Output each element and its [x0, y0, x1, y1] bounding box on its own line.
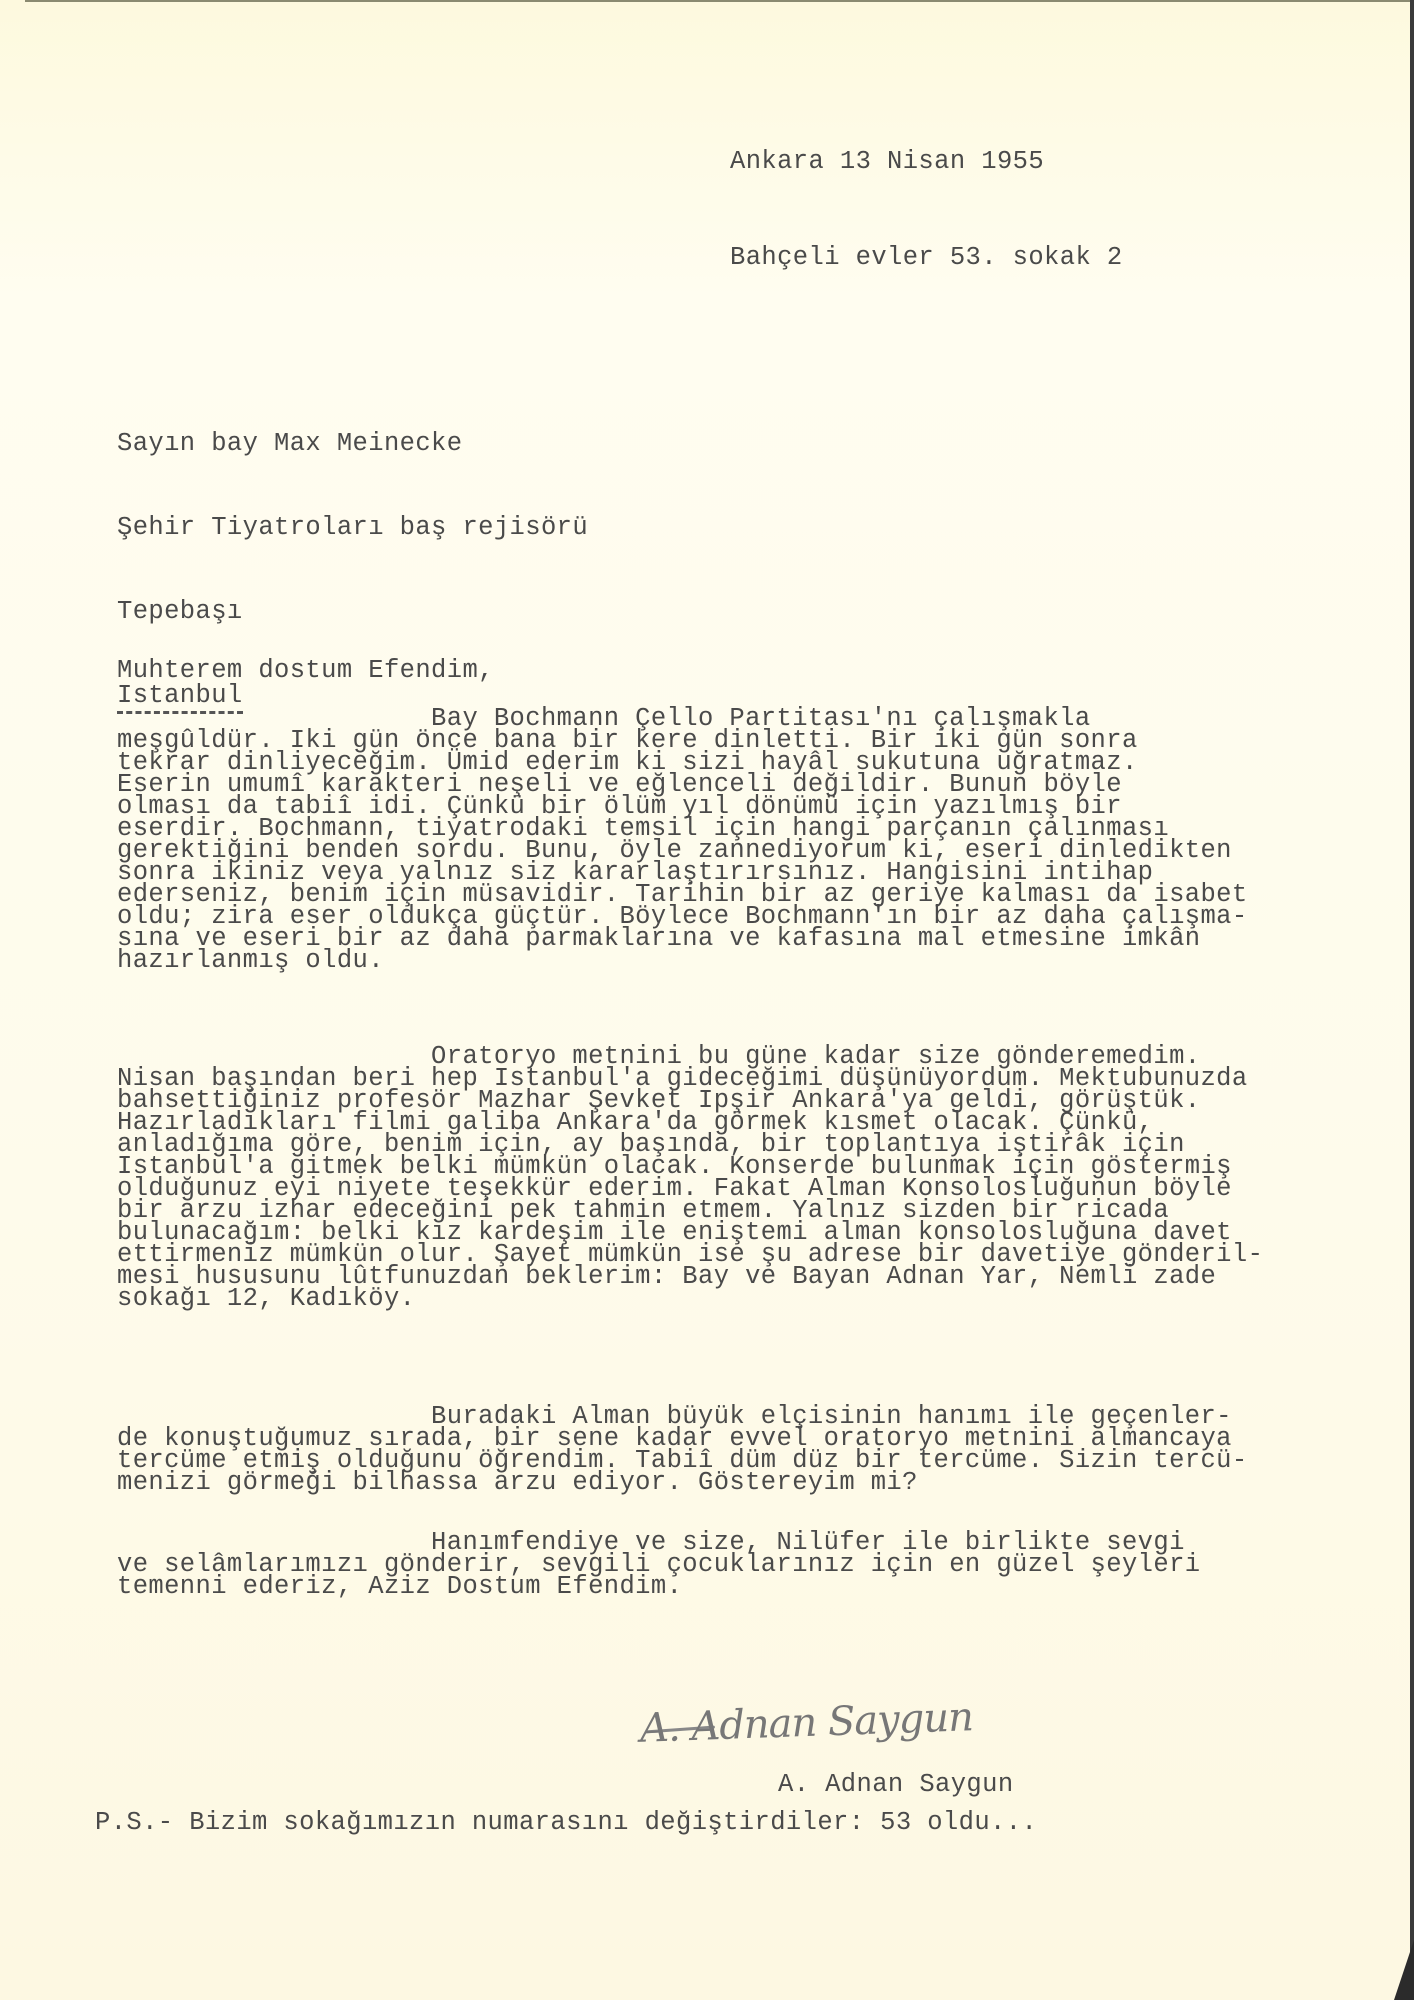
paragraph-3: Buradaki Alman büyük elçisinin hanımı il…: [117, 1406, 1248, 1494]
salutation: Muhterem dostum Efendim,: [117, 660, 494, 682]
recipient-line: Tepebaşı: [117, 598, 588, 626]
scan-corner: [1394, 1940, 1414, 2000]
paragraph-4: Hanımfendiye ve size, Nilüfer ile birlik…: [117, 1532, 1200, 1598]
paragraph-2: Oratoryo metnini bu güne kadar size gönd…: [117, 1046, 1263, 1310]
paragraph-1: Bay Bochmann Çello Partitası'nı çalışmak…: [117, 708, 1248, 972]
place-date: Ankara 13 Nisan 1955: [730, 146, 1123, 178]
paragraph-line: temenni ederiz, Aziz Dostum Efendim.: [117, 1576, 1200, 1598]
letter-header: Ankara 13 Nisan 1955 Bahçeli evler 53. s…: [730, 82, 1123, 306]
scan-right-edge: [1410, 0, 1414, 2000]
recipient-line: Şehir Tiyatroları baş rejisörü: [117, 514, 588, 542]
recipient-line: Sayın bay Max Meinecke: [117, 430, 588, 458]
paragraph-line: sokağı 12, Kadıköy.: [117, 1288, 1263, 1310]
postscript: P.S.- Bizim sokağımızın numarasını değiş…: [95, 1812, 1037, 1834]
paragraph-line: menizi görmeği bilhassa arzu ediyor. Gös…: [117, 1472, 1248, 1494]
paragraph-line: hazırlanmış oldu.: [117, 950, 1248, 972]
signer-name: A. Adnan Saygun: [778, 1774, 1014, 1796]
sender-address: Bahçeli evler 53. sokak 2: [730, 242, 1123, 274]
paper-top-edge: [25, 0, 1414, 2]
letter-paper: [0, 0, 1410, 2000]
